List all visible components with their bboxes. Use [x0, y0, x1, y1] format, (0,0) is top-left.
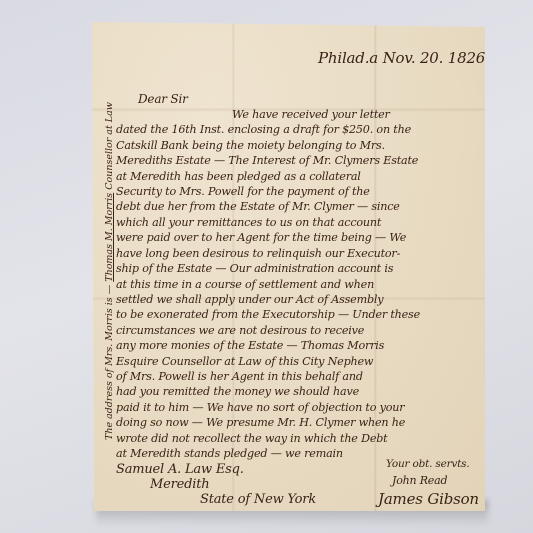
body-line: of Mrs. Powell is her Agent in this beha… — [116, 369, 363, 383]
body-line: dated the 16th Inst. enclosing a draft f… — [116, 122, 411, 136]
body-line: circumstances we are not desirous to rec… — [116, 323, 364, 337]
margin-note-prefix: The address of Mrs. Morris is — — [104, 285, 115, 440]
body-line: Security to Mrs. Powell for the payment … — [116, 184, 370, 198]
address-line: State of New York — [200, 492, 316, 507]
body-line: doing so now — We presume Mr. H. Clymer … — [116, 415, 405, 429]
body-line: were paid over to her Agent for the time… — [116, 230, 406, 244]
body-line: We have received your letter — [232, 107, 390, 121]
address-line: Samuel A. Law Esq. — [116, 462, 244, 477]
body-line: Catskill Bank being the moiety belonging… — [116, 138, 385, 152]
body-line: settled we shall apply under our Act of … — [116, 292, 383, 306]
body-line: which all your remittances to us on that… — [116, 215, 381, 229]
body-line: at Meredith has been pledged as a collat… — [116, 169, 361, 183]
body-line: paid it to him — We have no sort of obje… — [116, 400, 404, 414]
letter-dateline: Philad.a Nov. 20. 1826 — [318, 49, 485, 67]
margin-note-suffix: Counsellor at Law — [104, 102, 115, 190]
signature-james-gibson: James Gibson — [378, 490, 479, 508]
margin-note-name: Thomas M. Morris — [104, 193, 115, 282]
body-line: wrote did not recollect the way in which… — [116, 431, 387, 445]
body-line: Merediths Estate — The Interest of Mr. C… — [116, 153, 418, 167]
body-line: had you remitted the money we should hav… — [116, 384, 359, 398]
closing: Your obt. servts. — [386, 458, 470, 470]
letter-salutation: Dear Sir — [138, 92, 188, 106]
signature-john-read: John Read — [392, 474, 447, 487]
body-line: Esquire Counsellor at Law of this City N… — [116, 354, 373, 368]
body-line: at Meredith stands pledged — we remain — [116, 446, 343, 460]
body-line: ship of the Estate — Our administration … — [116, 261, 393, 275]
body-line: have long been desirous to relinquish ou… — [116, 246, 400, 260]
body-line: to be exonerated from the Executorship —… — [116, 307, 420, 321]
address-line: Meredith — [150, 477, 209, 492]
margin-note: The address of Mrs. Morris is — Thomas M… — [104, 102, 115, 440]
body-line: debt due her from the Estate of Mr. Clym… — [116, 199, 400, 213]
body-line: any more monies of the Estate — Thomas M… — [116, 338, 384, 352]
body-line: at this time in a course of settlement a… — [116, 277, 374, 291]
